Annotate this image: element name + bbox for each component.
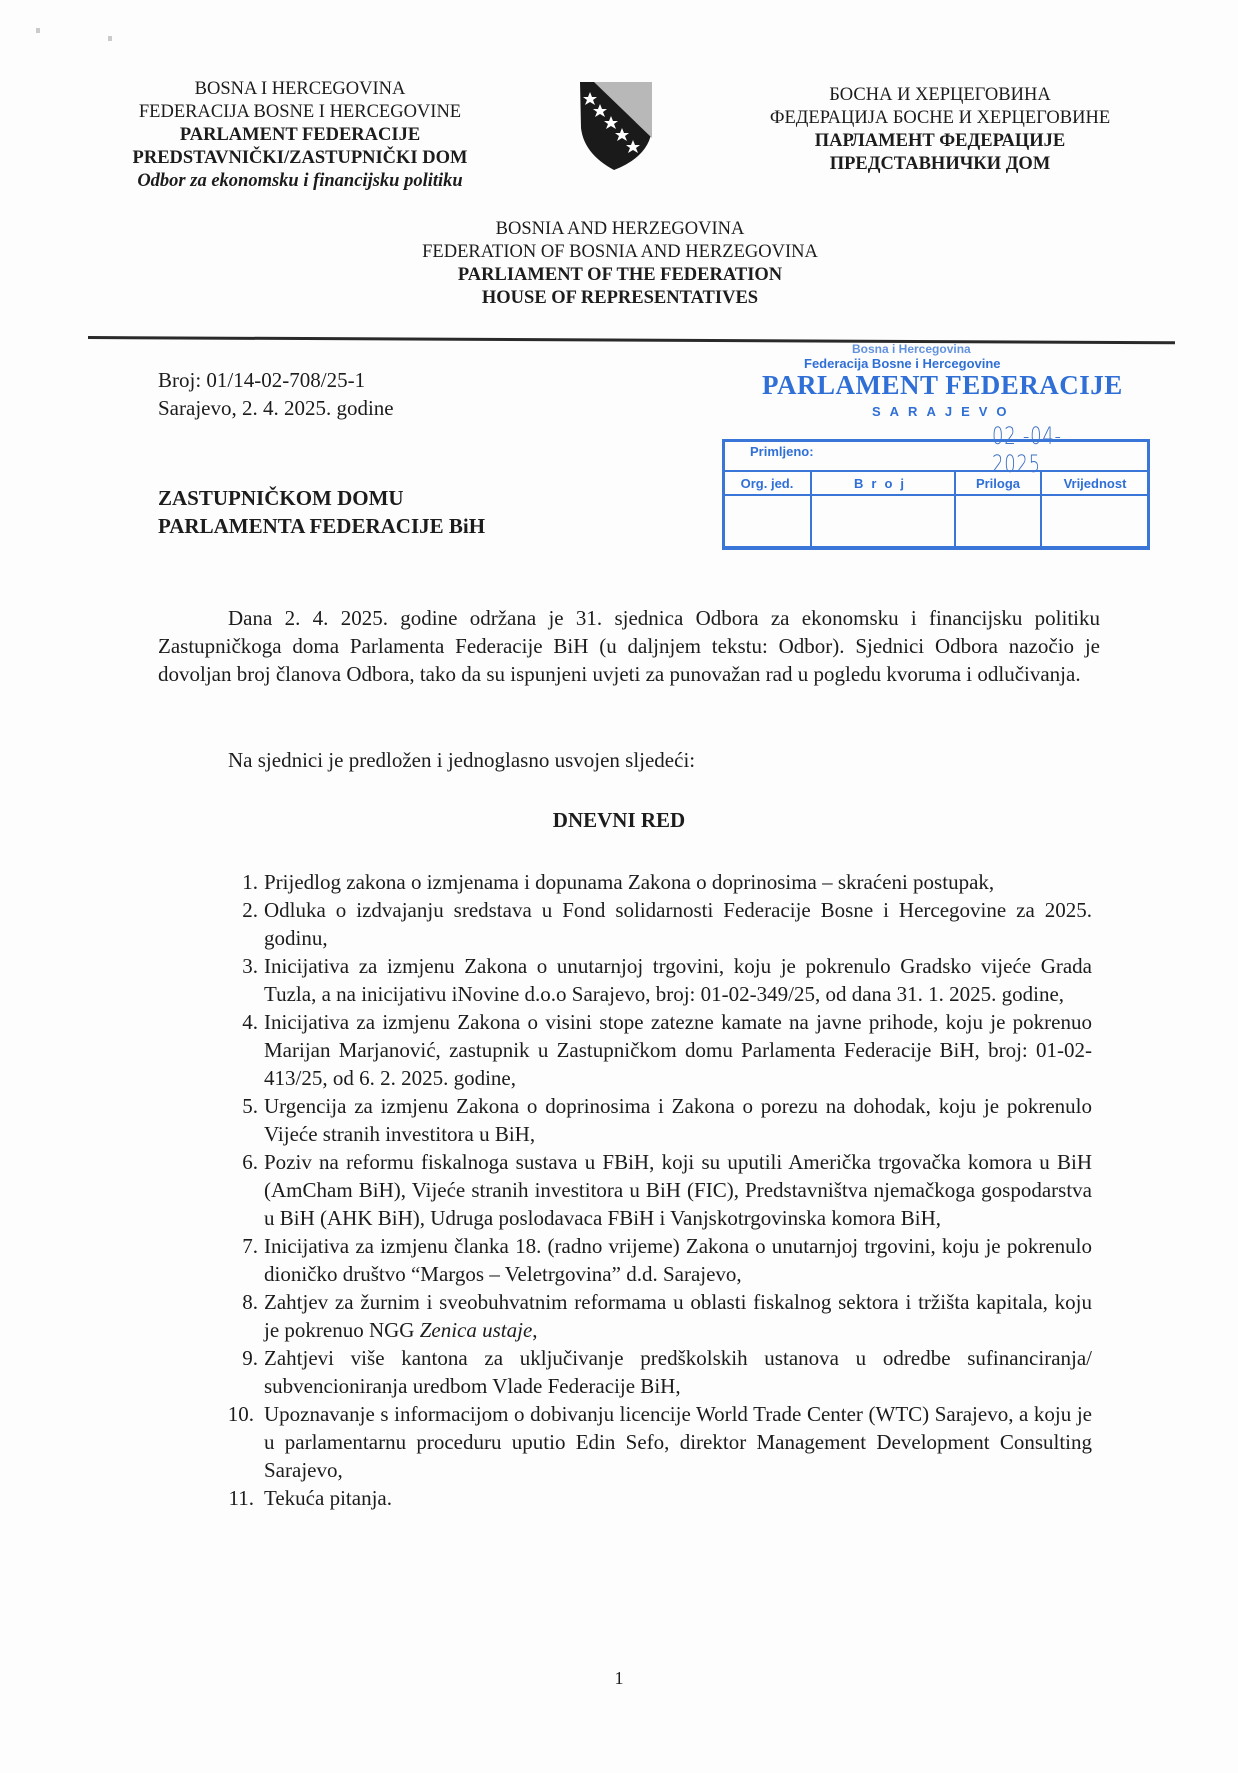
agenda-item-number: 3. [220, 952, 258, 980]
header-center-block: BOSNIA AND HERZEGOVINA FEDERATION OF BOS… [330, 218, 910, 310]
addressee-line1: ZASTUPNIČKOM DOMU [158, 484, 485, 512]
agenda-item-text: Inicijativa za izmjenu Zakona o visini s… [264, 1010, 1092, 1090]
agenda-item-number: 4. [220, 1008, 258, 1036]
body-paragraph: Dana 2. 4. 2025. godine održana je 31. s… [158, 604, 1100, 688]
header-left-line1: BOSNA I HERCEGOVINA [100, 78, 500, 101]
header-center-line3: PARLIAMENT OF THE FEDERATION [330, 264, 910, 287]
stamp-cell [811, 495, 955, 549]
agenda-item-text: Urgencija za izmjenu Zakona o doprinosim… [264, 1094, 1092, 1146]
agenda-item-number: 8. [220, 1288, 258, 1316]
header-center-line1: BOSNIA AND HERZEGOVINA [330, 218, 910, 241]
stamp-col-broj: Broj [811, 471, 955, 495]
header-left-line3: PARLAMENT FEDERACIJE [100, 124, 500, 147]
agenda-item: 6.Poziv na reformu fiskalnoga sustava u … [220, 1148, 1092, 1232]
agenda-intro: Na sjednici je predložen i jednoglasno u… [228, 746, 695, 774]
agenda-item-text: Zahtjev za žurnim i sveobuhvatnim reform… [264, 1290, 1092, 1342]
header-center-line4: HOUSE OF REPRESENTATIVES [330, 287, 910, 310]
stamp-line1: Bosna i Hercegovina [852, 342, 971, 356]
agenda-item-text: Upoznavanje s informacijom o dobivanju l… [264, 1402, 1092, 1482]
agenda-item: 2.Odluka o izdvajanju sredstava u Fond s… [220, 896, 1092, 952]
stamp-col-vrijednost: Vrijednost [1041, 471, 1149, 495]
place-date: Sarajevo, 2. 4. 2025. godine [158, 394, 394, 422]
agenda-item: 7.Inicijativa za izmjenu članka 18. (rad… [220, 1232, 1092, 1288]
page-number: 1 [0, 1668, 1238, 1689]
addressee-block: ZASTUPNIČKOM DOMU PARLAMENTA FEDERACIJE … [158, 484, 485, 540]
agenda-item: 4.Inicijativa za izmjenu Zakona o visini… [220, 1008, 1092, 1092]
agenda-item: 8.Zahtjev za žurnim i sveobuhvatnim refo… [220, 1288, 1092, 1344]
agenda-item-text: Inicijativa za izmjenu članka 18. (radno… [264, 1234, 1092, 1286]
agenda-item: 9.Zahtjevi više kantona za uključivanje … [220, 1344, 1092, 1400]
header-left-block: BOSNA I HERCEGOVINA FEDERACIJA BOSNE I H… [100, 78, 500, 193]
agenda-list: 1.Prijedlog zakona o izmjenama i dopunam… [220, 868, 1092, 1512]
coat-of-arms-icon [578, 80, 654, 172]
agenda-item-number: 2. [220, 896, 258, 924]
agenda-item: 1.Prijedlog zakona o izmjenama i dopunam… [220, 868, 1092, 896]
header-right-line3: ПАРЛАМЕНТ ФЕДЕРАЦИЈЕ [740, 130, 1140, 153]
header-right-line2: ФЕДЕРАЦИЈА БОСНЕ И ХЕРЦЕГОВИНЕ [740, 107, 1140, 130]
agenda-item-number: 10. [216, 1400, 254, 1428]
reference-block: Broj: 01/14-02-708/25-1 Sarajevo, 2. 4. … [158, 366, 394, 422]
agenda-item-number: 1. [220, 868, 258, 896]
scan-speck [108, 36, 112, 41]
scan-speck [36, 28, 40, 33]
agenda-item-number: 7. [220, 1232, 258, 1260]
stamp-cell [1041, 495, 1149, 549]
header-center-line2: FEDERATION OF BOSNIA AND HERZEGOVINA [330, 241, 910, 264]
stamp-cell [955, 495, 1041, 549]
committee-name: Odbor za ekonomsku i financijsku politik… [100, 170, 500, 193]
stamp-cell [723, 495, 811, 549]
agenda-item: 10.Upoznavanje s informacijom o dobivanj… [220, 1400, 1092, 1484]
agenda-item-number: 6. [220, 1148, 258, 1176]
stamp-table: Org. jed. Broj Priloga Vrijednost [722, 470, 1150, 550]
agenda-item-text: Tekuća pitanja. [264, 1486, 392, 1510]
header-right-line4: ПРЕДСТАВНИЧКИ ДОМ [740, 153, 1140, 176]
agenda-item-text: Zahtjevi više kantona za uključivanje pr… [264, 1346, 1092, 1398]
agenda-item-text: Odluka o izdvajanju sredstava u Fond sol… [264, 898, 1092, 950]
agenda-item-number: 11. [216, 1484, 254, 1512]
addressee-line2: PARLAMENTA FEDERACIJE BiH [158, 512, 485, 540]
header-right-block: БОСНА И ХЕРЦЕГОВИНА ФЕДЕРАЦИЈА БОСНЕ И Х… [740, 84, 1140, 176]
header-left-line2: FEDERACIJA BOSNE I HERCEGOVINE [100, 101, 500, 124]
agenda-item: 3.Inicijativa za izmjenu Zakona o unutar… [220, 952, 1092, 1008]
stamp-received-label: Primljeno: [750, 444, 814, 459]
agenda-item-text: Prijedlog zakona o izmjenama i dopunama … [264, 870, 994, 894]
agenda-item-number: 9. [220, 1344, 258, 1372]
stamp-line4: SARAJEVO [872, 404, 1016, 419]
received-stamp: Bosna i Hercegovina Federacija Bosne i H… [722, 342, 1152, 550]
agenda-item-number: 5. [220, 1092, 258, 1120]
stamp-col-priloga: Priloga [955, 471, 1041, 495]
agenda-item: 11.Tekuća pitanja. [220, 1484, 1092, 1512]
header-left-line4: PREDSTAVNIČKI/ZASTUPNIČKI DOM [100, 147, 500, 170]
agenda-title: DNEVNI RED [0, 808, 1238, 833]
agenda-item-italic: Zenica ustaje [420, 1318, 533, 1342]
stamp-line2: Federacija Bosne i Hercegovine [804, 356, 1001, 371]
stamp-line3: PARLAMENT FEDERACIJE [762, 370, 1123, 401]
agenda-item: 5.Urgencija za izmjenu Zakona o doprinos… [220, 1092, 1092, 1148]
paragraph-text: Dana 2. 4. 2025. godine održana je 31. s… [158, 604, 1100, 688]
agenda-item-text: Poziv na reformu fiskalnoga sustava u FB… [264, 1150, 1092, 1230]
agenda-item-text: Inicijativa za izmjenu Zakona o unutarnj… [264, 954, 1092, 1006]
stamp-col-org: Org. jed. [723, 471, 811, 495]
reference-number: Broj: 01/14-02-708/25-1 [158, 366, 394, 394]
header-right-line1: БОСНА И ХЕРЦЕГОВИНА [740, 84, 1140, 107]
